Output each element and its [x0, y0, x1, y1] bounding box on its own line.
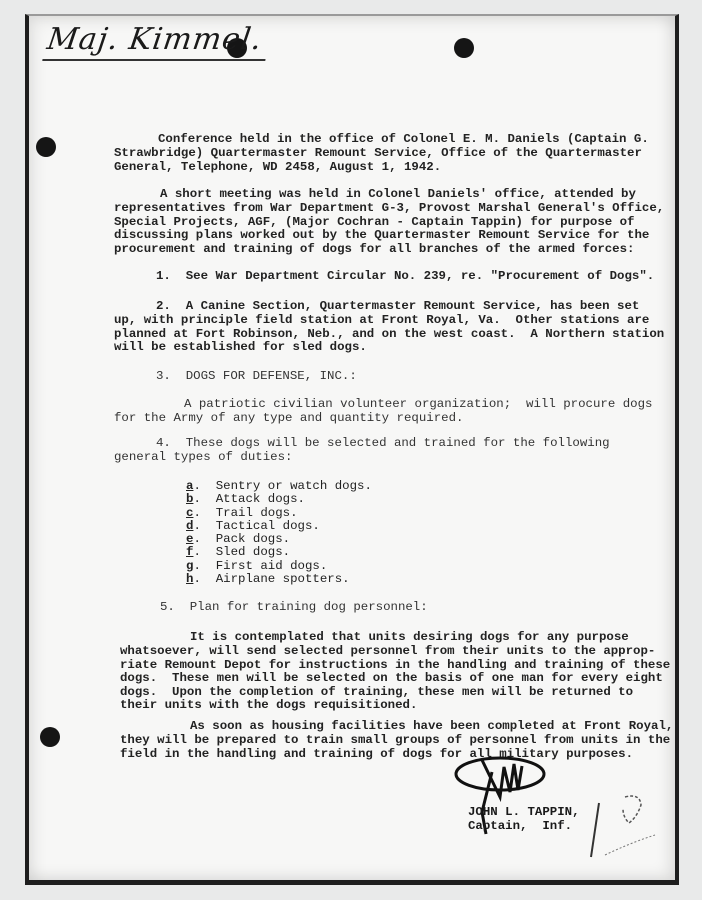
item-4-line: 4. These dogs will be selected and train…: [156, 437, 610, 451]
header-paragraph-cont: Strawbridge) Quartermaster Remount Servi…: [114, 147, 642, 174]
item-3-line: for the Army of any type and quantity re…: [114, 412, 463, 426]
item-5-heading: 5. Plan for training dog personnel:: [160, 601, 428, 615]
item-2-cont: up, with principle field station at Fron…: [114, 314, 664, 355]
duty-item: b. Attack dogs.: [186, 493, 372, 506]
item-2: 2. A Canine Section, Quartermaster Remou…: [156, 300, 639, 314]
item-5-line: their units with the dogs requisitioned.: [120, 699, 670, 713]
intro-paragraph-cont: representatives from War Department G-3,…: [114, 202, 664, 256]
duty-item: d. Tactical dogs.: [186, 520, 372, 533]
item-1-line: 1. See War Department Circular No. 239, …: [156, 270, 654, 284]
item-5-body: It is contemplated that units desiring d…: [190, 631, 629, 645]
item-4-cont: general types of duties:: [114, 451, 292, 465]
intro-line: procurement and training of dogs for all…: [114, 243, 664, 257]
closing-paragraph: As soon as housing facilities have been …: [190, 720, 673, 734]
item-3-body-cont: for the Army of any type and quantity re…: [114, 412, 463, 426]
item-3-line: A patriotic civilian volunteer organizat…: [184, 398, 652, 412]
item-1: 1. See War Department Circular No. 239, …: [156, 270, 654, 284]
duty-text: Airplane spotters.: [216, 572, 350, 586]
closing-line: they will be prepared to train small gro…: [120, 734, 670, 748]
signature-block: JOHN L. TAPPIN, Captain, Inf.: [468, 805, 580, 833]
punch-hole: [40, 727, 60, 747]
header-paragraph: Conference held in the office of Colonel…: [158, 133, 649, 147]
item-3-heading-text: 3. DOGS FOR DEFENSE, INC.:: [156, 370, 357, 384]
item-2-line: will be established for sled dogs.: [114, 341, 664, 355]
duty-separator: .: [193, 532, 215, 546]
item-4-line: general types of duties:: [114, 451, 292, 465]
item-2-line: 2. A Canine Section, Quartermaster Remou…: [156, 300, 639, 314]
punch-hole: [454, 38, 474, 58]
item-3-heading: 3. DOGS FOR DEFENSE, INC.:: [156, 370, 357, 384]
intro-line: representatives from War Department G-3,…: [114, 202, 664, 216]
duty-text: Pack dogs.: [216, 532, 290, 546]
punch-hole: [36, 137, 56, 157]
duties-list: a. Sentry or watch dogs.b. Attack dogs.c…: [186, 480, 372, 586]
header-line: Conference held in the office of Colonel…: [158, 133, 649, 147]
duty-separator: .: [193, 519, 215, 533]
duty-item: h. Airplane spotters.: [186, 573, 372, 586]
signer-title: Captain, Inf.: [468, 819, 580, 833]
item-4: 4. These dogs will be selected and train…: [156, 437, 610, 451]
closing-paragraph-cont: they will be prepared to train small gro…: [120, 734, 670, 761]
duty-separator: .: [193, 559, 215, 573]
duty-separator: .: [193, 572, 215, 586]
intro-line: Special Projects, AGF, (Major Cochran - …: [114, 216, 664, 230]
header-line: Strawbridge) Quartermaster Remount Servi…: [114, 147, 642, 161]
duty-separator: .: [193, 545, 215, 559]
item-5-body-cont: whatsoever, will send selected personnel…: [120, 645, 670, 713]
duty-text: Sled dogs.: [216, 545, 290, 559]
item-2-line: planned at Fort Robinson, Neb., and on t…: [114, 328, 664, 342]
item-5-line: riate Remount Depot for instructions in …: [120, 659, 670, 673]
duty-separator: .: [193, 492, 215, 506]
item-5-line: dogs. Upon the completion of training, t…: [120, 686, 670, 700]
duty-separator: .: [193, 506, 215, 520]
intro-line: discussing plans worked out by the Quart…: [114, 229, 664, 243]
duty-text: First aid dogs.: [216, 559, 328, 573]
handwritten-note: Maj. Kimmel.: [42, 22, 270, 61]
duty-item: a. Sentry or watch dogs.: [186, 480, 372, 493]
duty-text: Attack dogs.: [216, 492, 305, 506]
closing-line: As soon as housing facilities have been …: [190, 720, 673, 734]
duty-item: e. Pack dogs.: [186, 533, 372, 546]
item-3-body: A patriotic civilian volunteer organizat…: [184, 398, 652, 412]
duty-text: Tactical dogs.: [216, 519, 320, 533]
closing-line: field in the handling and training of do…: [120, 748, 670, 762]
item-5-line: whatsoever, will send selected personnel…: [120, 645, 670, 659]
duty-separator: .: [193, 479, 215, 493]
duty-text: Trail dogs.: [216, 506, 298, 520]
item-5-line: It is contemplated that units desiring d…: [190, 631, 629, 645]
duty-item: f. Sled dogs.: [186, 546, 372, 559]
duty-text: Sentry or watch dogs.: [216, 479, 372, 493]
intro-line: A short meeting was held in Colonel Dani…: [160, 188, 636, 202]
item-2-line: up, with principle field station at Fron…: [114, 314, 664, 328]
intro-paragraph: A short meeting was held in Colonel Dani…: [160, 188, 636, 202]
header-line: General, Telephone, WD 2458, August 1, 1…: [114, 161, 642, 175]
item-5-heading-text: 5. Plan for training dog personnel:: [160, 601, 428, 615]
pencil-marks: [585, 795, 665, 865]
item-5-line: dogs. These men will be selected on the …: [120, 672, 670, 686]
duty-item: c. Trail dogs.: [186, 507, 372, 520]
duty-item: g. First aid dogs.: [186, 560, 372, 573]
signer-name: JOHN L. TAPPIN,: [468, 805, 580, 819]
